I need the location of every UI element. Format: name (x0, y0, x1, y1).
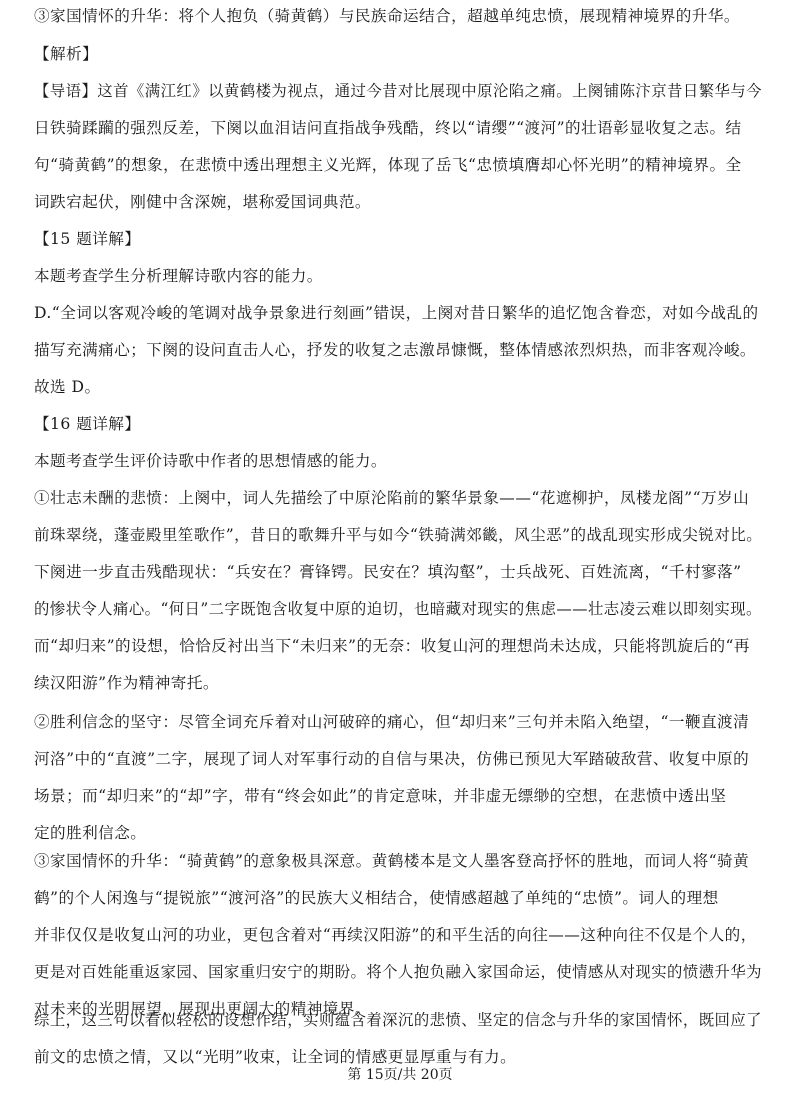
q16-point-2-line: ②胜利信念的坚守：尽管全词充斥着对山河破碎的痛心，但“却归来”三句并未陷入绝望，… (34, 711, 749, 733)
q15-paragraph-line: 本题考查学生分析理解诗歌内容的能力。 (34, 265, 323, 287)
q16-point-3-line: 鹤”的个人闲逸与“提锐旅”“渡河洛”的民族大义相结合，使情感超越了单纯的“忠愤”… (34, 887, 719, 909)
intro-paragraph-line: 【导语】这首《满江红》以黄鹤楼为视点，通过今昔对比展现中原沦陷之痛。上阕铺陈汴京… (34, 80, 762, 102)
q16-point-1-line: 续汉阳游”作为精神寄托。 (34, 672, 219, 694)
intro-paragraph-line: 词跌宕起伏，刚健中含深婉，堪称爱国词典范。 (34, 191, 371, 213)
q16-point-2-line: 定的胜利信念。 (34, 822, 146, 844)
answer-point-3-summary: ③家国情怀的升华：将个人抱负（骑黄鹤）与民族命运结合，超越单纯忠愤，展现精神境界… (34, 5, 740, 27)
section-heading-q16: 【16 题详解】 (34, 413, 140, 435)
intro-paragraph-line: 日铁骑蹂躏的强烈反差，下阕以血泪诘问直指战争残酷，终以“请缨”“渡河”的壮语彰显… (34, 117, 742, 139)
q15-answer: 故选 D。 (34, 376, 101, 398)
q16-conclusion-line: 综上，这三句以看似轻松的设想作结，实则蕴含着深沉的悲愤、坚定的信念与升华的家国情… (34, 1009, 762, 1031)
q16-point-1-line: 的惨状令人痛心。“何日”二字既饱含收复中原的迫切，也暗藏对现实的焦虑——壮志凌云… (34, 598, 762, 620)
q16-point-2-line: 河洛”中的“直渡”二字，展现了词人对军事行动的自信与果决，仿佛已预见大军踏破敌营… (34, 748, 749, 770)
q16-point-3-line: ③家国情怀的升华：“骑黄鹤”的意象极具深意。黄鹤楼本是文人墨客登高抒怀的胜地，而… (34, 850, 749, 872)
section-heading-q15: 【15 题详解】 (34, 228, 140, 250)
page-number-footer: 第 15页/共 20页 (0, 1064, 800, 1084)
q16-point-1-line: 前珠翠绕，蓬壶殿里笙歌作”，昔日的歌舞升平与如今“铁骑满郊畿，风尘恶”的战乱现实… (34, 524, 762, 546)
q16-point-3-line: 并非仅仅是收复山河的功业，更包含着对“再续汉阳游”的和平生活的向往——这种向往不… (34, 924, 757, 946)
q16-point-1-line: 下阕进一步直击残酷现状：“兵安在？膏锋锷。民安在？填沟壑”，士兵战死、百姓流离，… (34, 561, 742, 583)
section-heading-analysis: 【解析】 (34, 43, 98, 65)
q16-point-1-line: ①壮志未酬的悲愤：上阕中，词人先描绘了中原沦陷前的繁华景象——“花遮柳护，凤楼龙… (34, 487, 749, 509)
q16-paragraph-line: 本题考查学生评价诗歌中作者的思想情感的能力。 (34, 450, 387, 472)
q16-point-3-line: 更是对百姓能重返家园、国家重归安宁的期盼。将个人抱负融入家国命运，使情感从对现实… (34, 961, 762, 983)
q15-paragraph-line: 描写充满痛心；下阕的设问直击人心，抒发的收复之志激昂慷慨，整体情感浓烈炽热，而非… (34, 339, 756, 361)
q16-point-1-line: 而“却归来”的设想，恰恰反衬出当下“未归来”的无奈：收复山河的理想尚未达成，只能… (34, 635, 750, 657)
q15-paragraph-line: D.“全词以客观冷峻的笔调对战争景象进行刻画”错误，上阕对昔日繁华的追忆饱含眷恋… (34, 302, 759, 324)
q16-point-2-line: 场景；而“却归来”的“却”字，带有“终会如此”的肯定意味，并非虚无缥缈的空想，在… (34, 785, 726, 807)
intro-paragraph-line: 句“骑黄鹤”的想象，在悲愤中透出理想主义光辉，体现了岳飞“忠愤填膺却心怀光明”的… (34, 154, 742, 176)
